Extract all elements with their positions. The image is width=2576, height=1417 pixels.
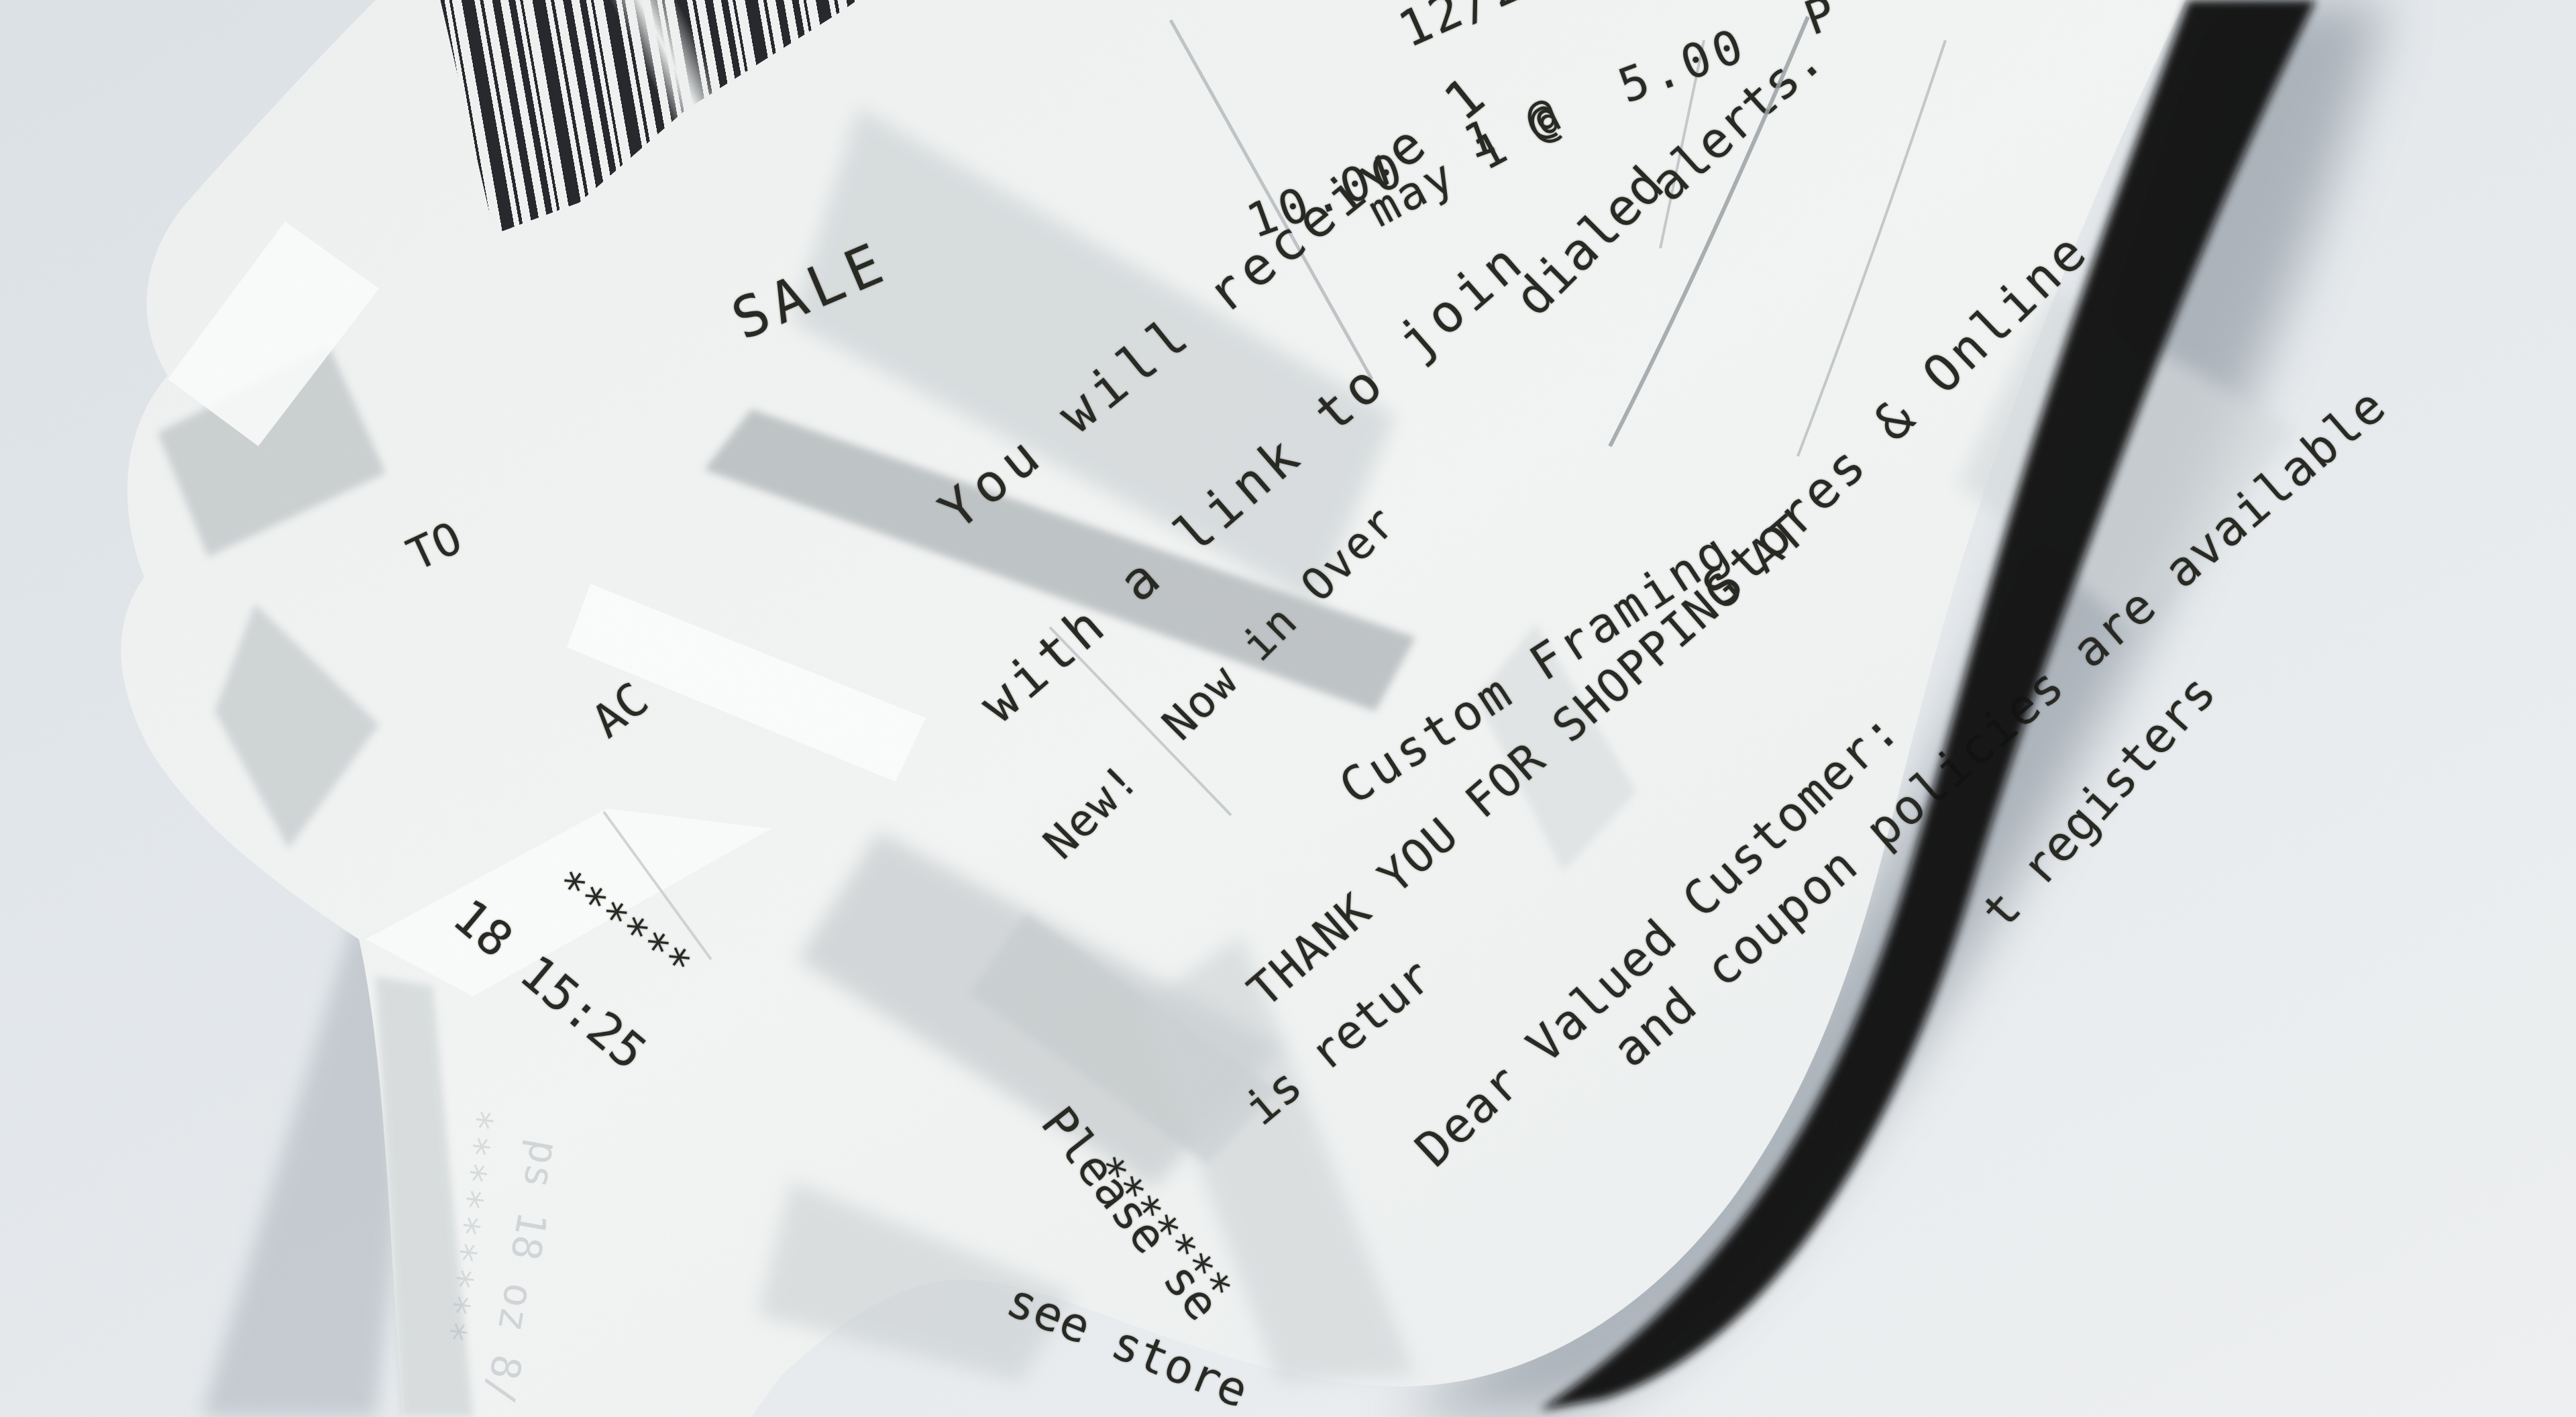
receipt-autodial-fragment: dialed xyxy=(1506,158,1672,325)
receipt-print-layer: 12/22/ 10.00 1 @ 5.00 P may 1 @ dialed a… xyxy=(0,0,2576,1417)
receipt-policy-line: and coupon policies are available xyxy=(1605,380,2394,1075)
barcode-crease-highlight xyxy=(566,0,771,213)
receipt-to-fragment: TO xyxy=(401,515,468,578)
barcode xyxy=(429,0,1167,234)
receipt-date-fragment: 12/22/ xyxy=(1392,0,1591,56)
receipt-ghost-stars: ********* xyxy=(431,1106,498,1349)
receipt-new-line: New! Now in Over xyxy=(1036,498,1404,866)
receipt-sale-label: SALE xyxy=(724,233,896,348)
photo-crumpled-receipt: 12/22/ 10.00 1 @ 5.00 P may 1 @ dialed a… xyxy=(0,0,2576,1417)
receipt-ac-fragment: AC xyxy=(585,676,656,746)
